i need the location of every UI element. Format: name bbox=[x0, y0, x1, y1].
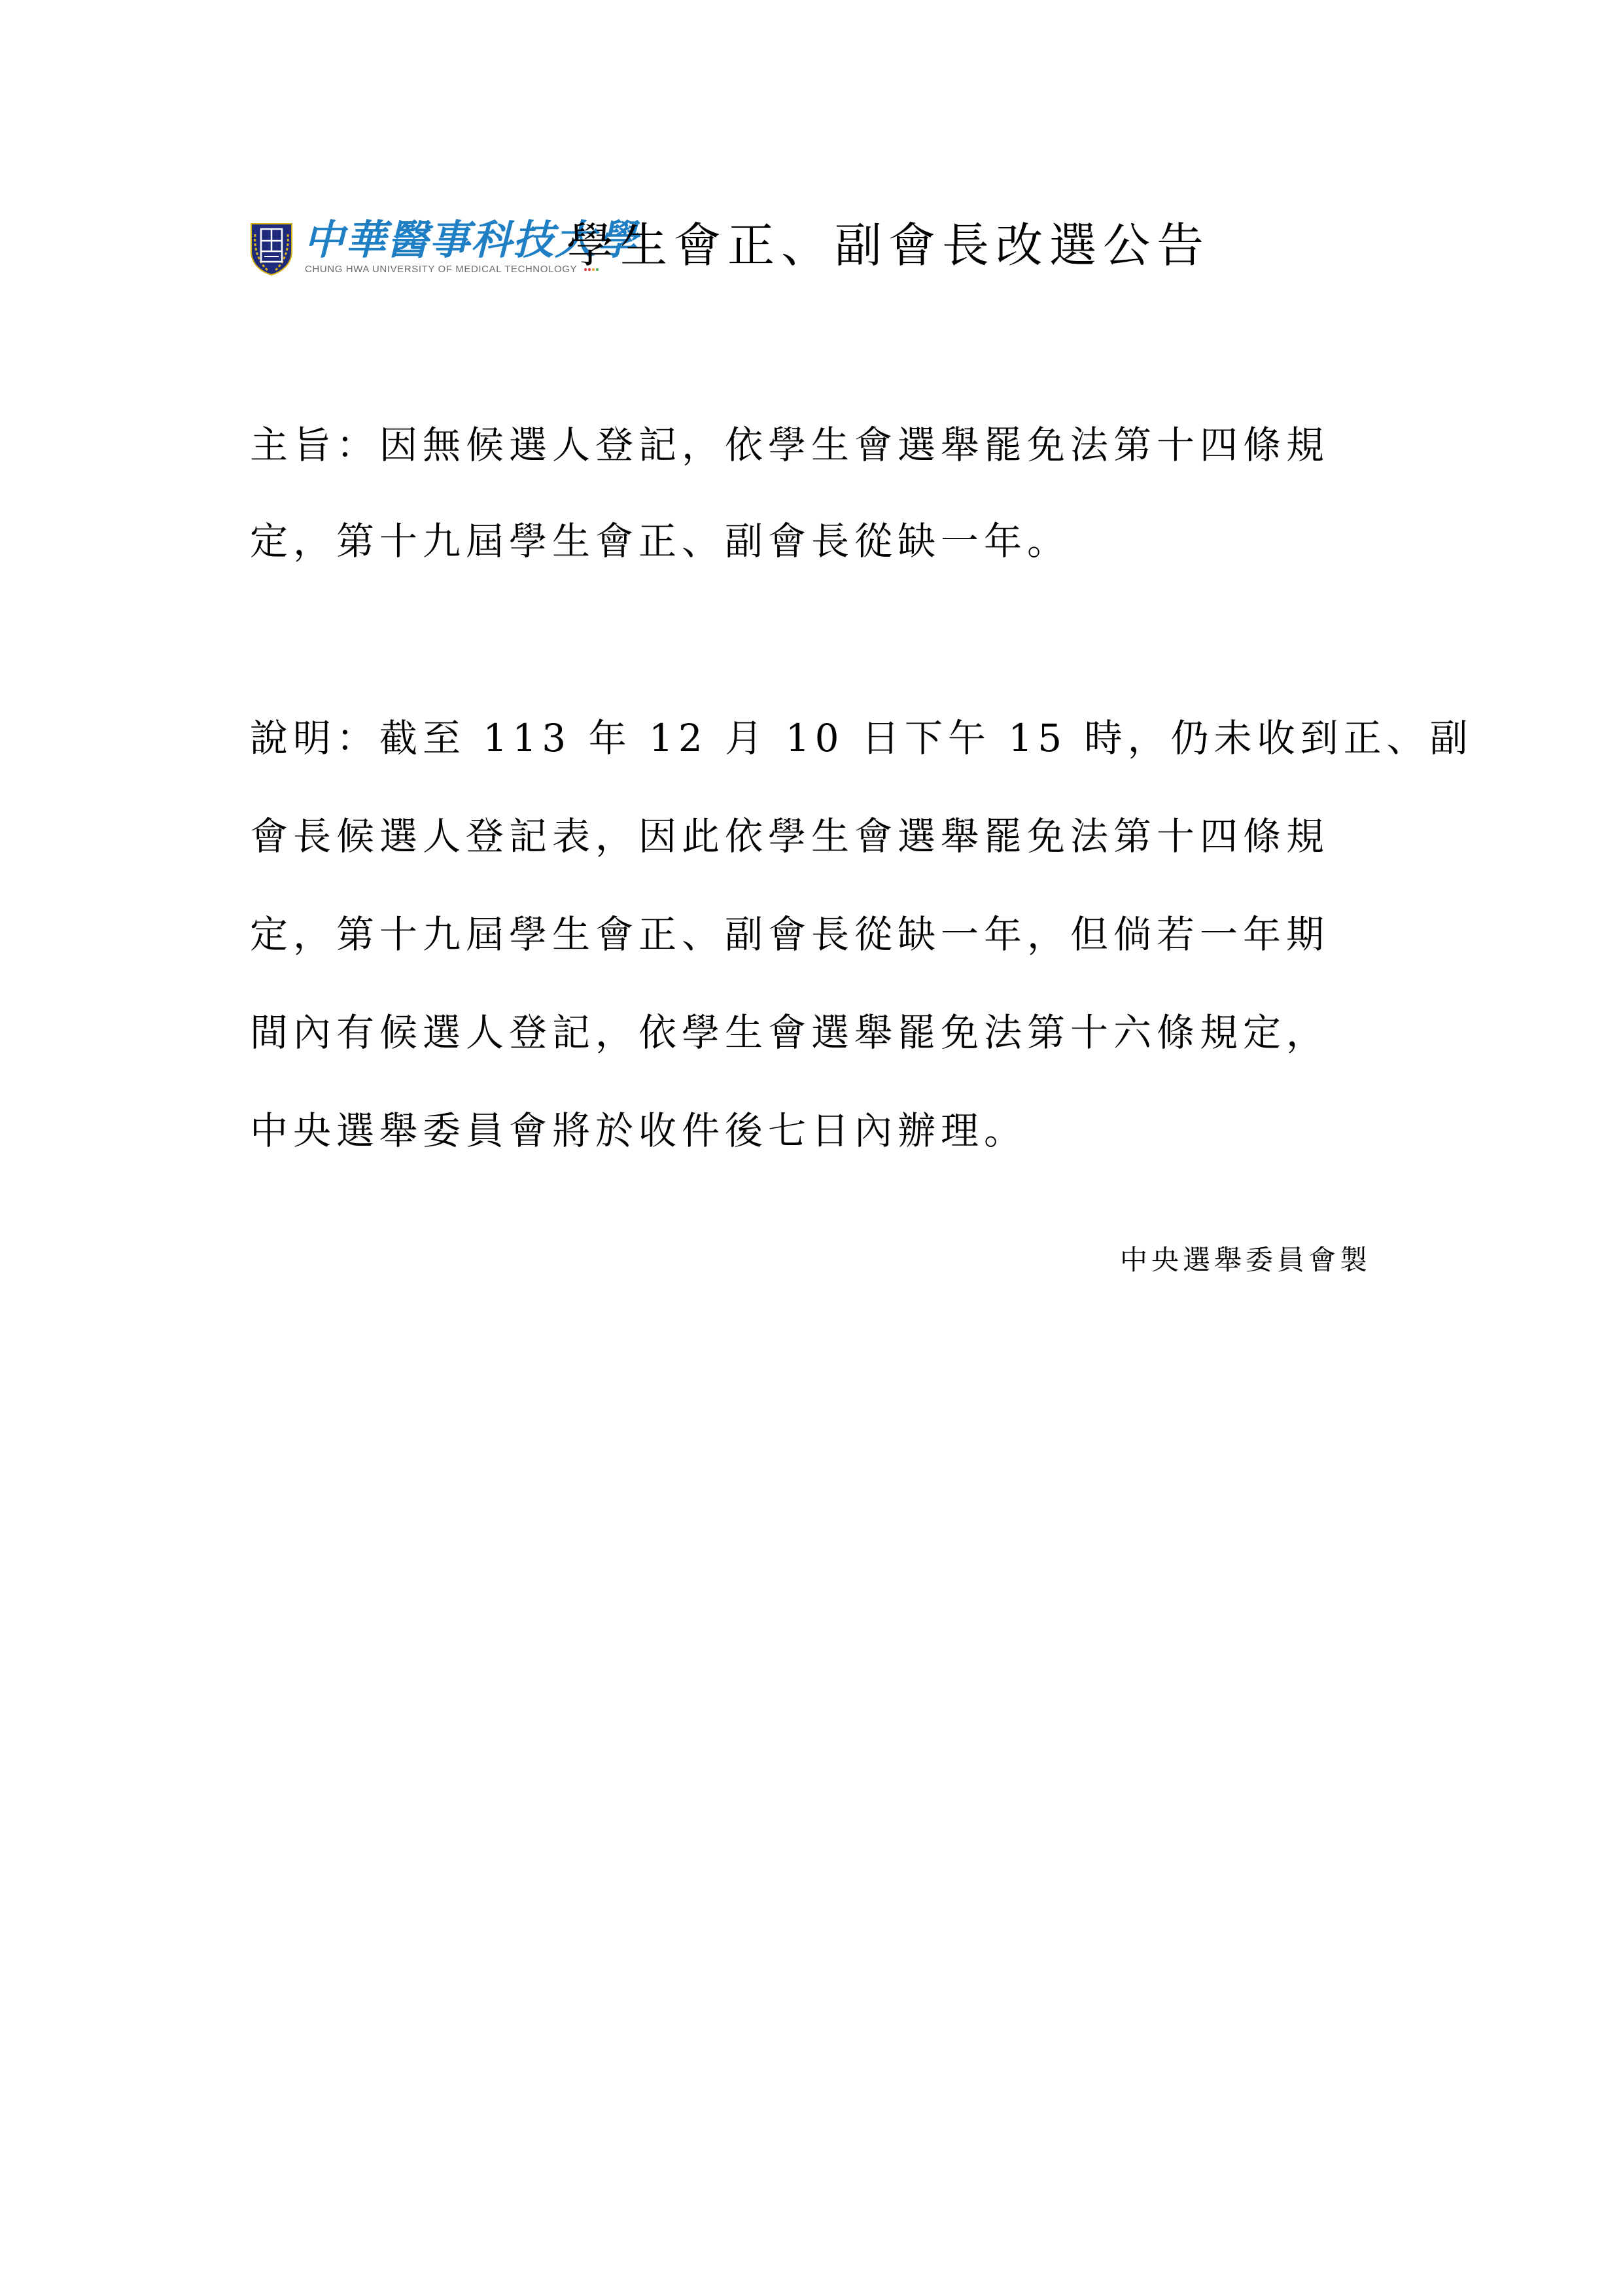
announcement-page: 中華醫事科技大學 CHUNG HWA UNIVERSITY OF MEDICAL… bbox=[0, 0, 1623, 2296]
document-header: 中華醫事科技大學 CHUNG HWA UNIVERSITY OF MEDICAL… bbox=[247, 216, 565, 281]
logo-name-english-text: CHUNG HWA UNIVERSITY OF MEDICAL TECHNOLO… bbox=[305, 264, 577, 275]
issuer-signature: 中央選舉委員會製 bbox=[1120, 1241, 1371, 1280]
explanation-line-1: 說明：截至 113 年 12 月 10 日下午 15 時，仍未收到正、副 bbox=[250, 715, 1473, 761]
explanation-line-5: 中央選舉委員會將於收件後七日內辦理。 bbox=[250, 1108, 1027, 1154]
explanation-line-3: 定，第十九屆學生會正、副會長從缺一年，但倘若一年期 bbox=[250, 911, 1329, 957]
university-crest-icon bbox=[249, 221, 294, 276]
page-title: 學生會正、副會長改選公告 bbox=[567, 216, 1210, 275]
subject-line-1: 主旨：因無候選人登記，依學生會選舉罷免法第十四條規 bbox=[250, 422, 1329, 468]
explanation-line-4: 間內有候選人登記，依學生會選舉罷免法第十六條規定， bbox=[250, 1010, 1329, 1055]
university-logo: 中華醫事科技大學 CHUNG HWA UNIVERSITY OF MEDICAL… bbox=[247, 216, 565, 281]
logo-name-english: CHUNG HWA UNIVERSITY OF MEDICAL TECHNOLO… bbox=[305, 264, 600, 275]
subject-line-2: 定，第十九屆學生會正、副會長從缺一年。 bbox=[250, 518, 1070, 564]
explanation-line-2: 會長候選人登記表，因此依學生會選舉罷免法第十四條規 bbox=[250, 813, 1329, 859]
